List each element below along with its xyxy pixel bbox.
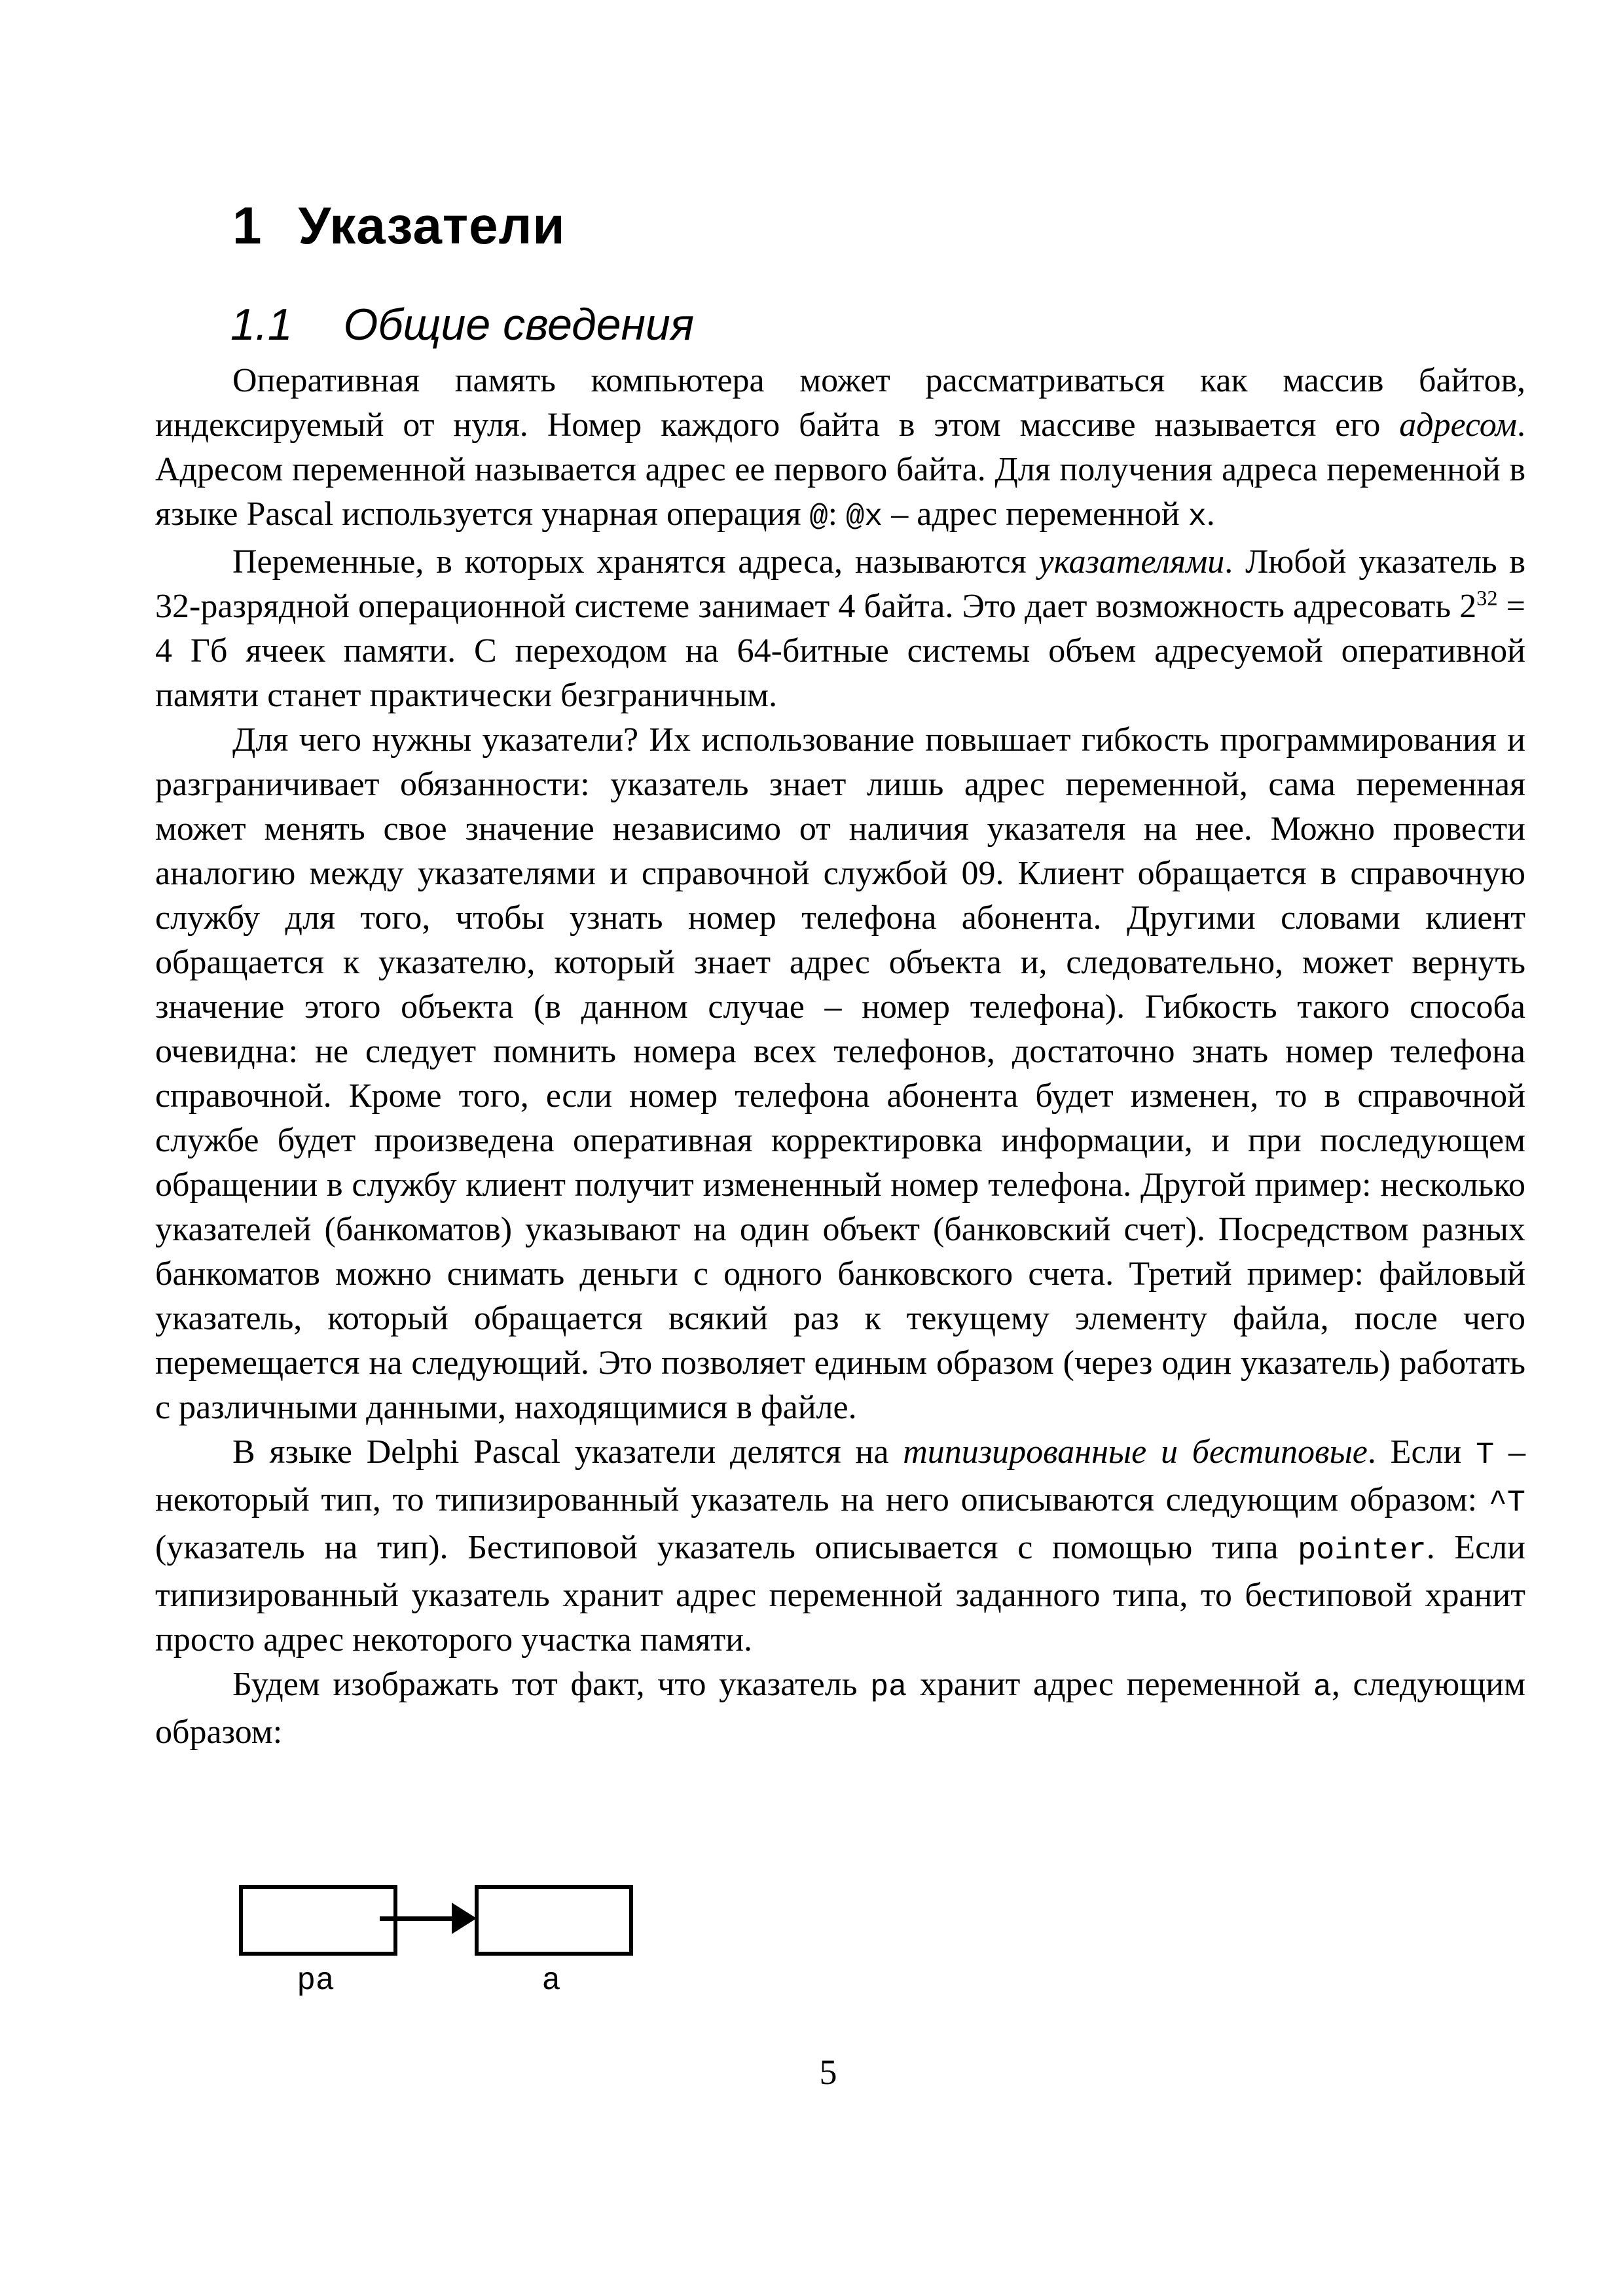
section-title: Указатели: [299, 200, 566, 252]
text-run: типизированные и бестиповые: [903, 1433, 1368, 1471]
subsection-title: Общие сведения: [344, 302, 695, 347]
text-run: 2: [1459, 588, 1476, 625]
document-page: 1 Указатели 1.1 Общие сведения Оперативн…: [0, 0, 1623, 2296]
text-run: :: [828, 495, 846, 533]
text-run: Переменные, в которых хранятся адреса, н…: [232, 543, 1039, 581]
paragraph: Оперативная память компьютера может расс…: [155, 359, 1525, 540]
text-run: @: [810, 500, 828, 535]
text-run: .: [1207, 495, 1215, 533]
arrow-line: [380, 1916, 453, 1921]
subsection-number: 1.1: [230, 302, 293, 347]
pointer-box-label: pa: [237, 1964, 394, 1999]
text-run: pointer: [1298, 1534, 1427, 1568]
section-number: 1: [232, 200, 263, 252]
text-run: ^T: [1489, 1486, 1525, 1520]
text-run: адресом: [1399, 406, 1517, 444]
text-run: – адрес переменной: [883, 495, 1188, 533]
paragraph: Для чего нужны указатели? Их использован…: [155, 718, 1525, 1430]
text-run: Оперативная память компьютера может расс…: [155, 362, 1525, 444]
arrow-head: [452, 1903, 477, 1934]
paragraph: Будем изображать тот факт, что указатель…: [155, 1662, 1525, 1755]
text-run: @x: [846, 500, 883, 535]
text-run: pa: [870, 1670, 907, 1705]
text-run: (указатель на тип). Бестиповой указатель…: [155, 1529, 1298, 1566]
body-text: Оперативная память компьютера может расс…: [155, 359, 1525, 1755]
subsection-heading: 1.1 Общие сведения: [230, 302, 694, 347]
paragraph: В языке Delphi Pascal указатели делятся …: [155, 1430, 1525, 1662]
paragraph: Переменные, в которых хранятся адреса, н…: [155, 540, 1525, 718]
text-run: T: [1476, 1438, 1494, 1473]
section-heading: 1 Указатели: [232, 200, 566, 252]
target-box-label: a: [473, 1964, 630, 1999]
text-run: Для чего нужны указатели? Их использован…: [155, 721, 1525, 1426]
target-box: [475, 1885, 633, 1956]
text-run: 32: [1476, 586, 1497, 610]
page-number: 5: [795, 2052, 861, 2092]
text-run: x: [1188, 500, 1207, 535]
text-run: указателями: [1039, 543, 1225, 581]
text-run: . Если: [1368, 1433, 1476, 1471]
text-run: хранит адрес переменной: [907, 1666, 1313, 1703]
pointer-box: [239, 1885, 397, 1956]
text-run: В языке Delphi Pascal указатели делятся …: [232, 1433, 903, 1471]
text-run: a: [1313, 1670, 1332, 1705]
text-run: Будем изображать тот факт, что указатель: [232, 1666, 870, 1703]
text-run: ячеек памяти. С переходом на 64-битные с…: [155, 632, 1525, 714]
